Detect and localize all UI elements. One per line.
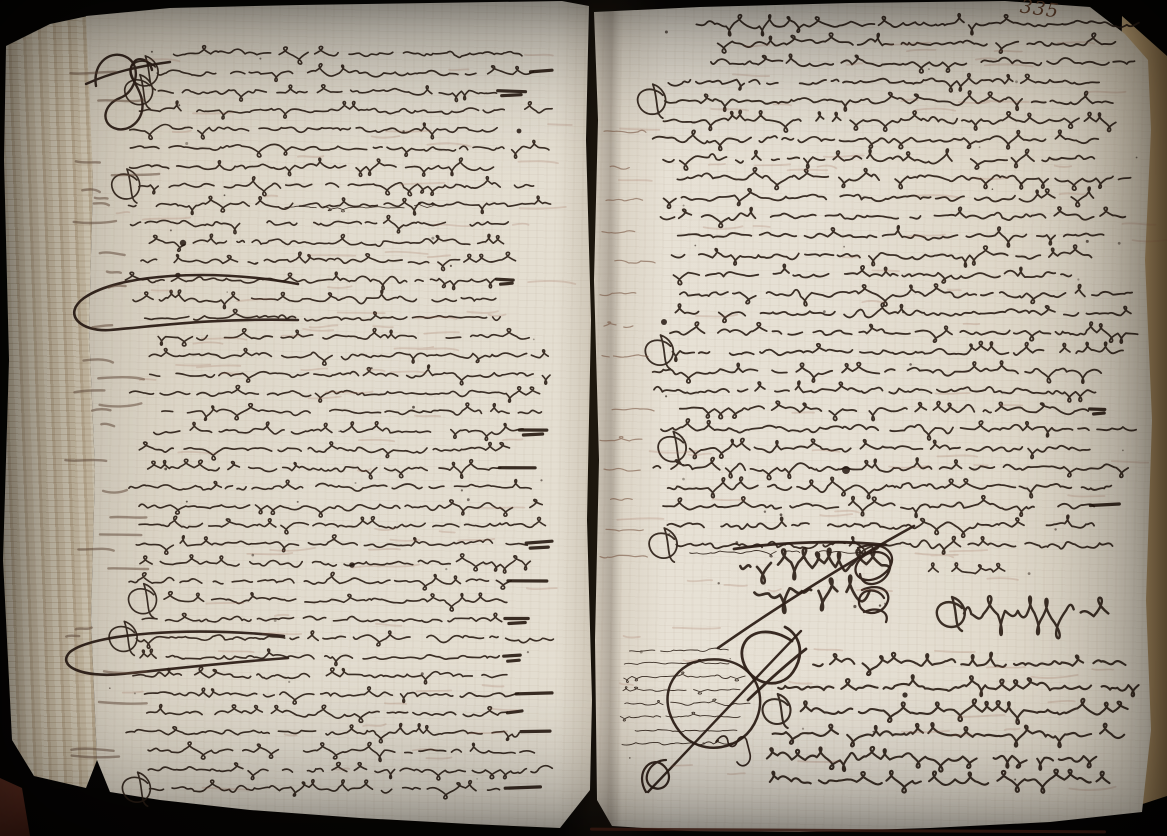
signature-name-line2	[754, 576, 869, 613]
handwriting-overlay	[0, 0, 1167, 836]
right-lower-paragraph	[763, 653, 1139, 793]
foxing-specks	[109, 31, 1138, 781]
manuscript-photo: 335	[0, 0, 1167, 836]
ante-my-text	[929, 563, 1005, 574]
bleed-right-page	[617, 42, 1167, 790]
signature-right	[937, 596, 1108, 638]
right-page-text	[638, 14, 1139, 562]
marginal-rubric-loops	[642, 760, 669, 792]
left-page-text	[109, 46, 553, 807]
margin-sweep-upper	[74, 275, 298, 330]
notary-mark-mz	[716, 736, 750, 766]
marginal-rubric-diagonal	[648, 631, 801, 792]
lower-paragraph-initial	[742, 627, 806, 700]
